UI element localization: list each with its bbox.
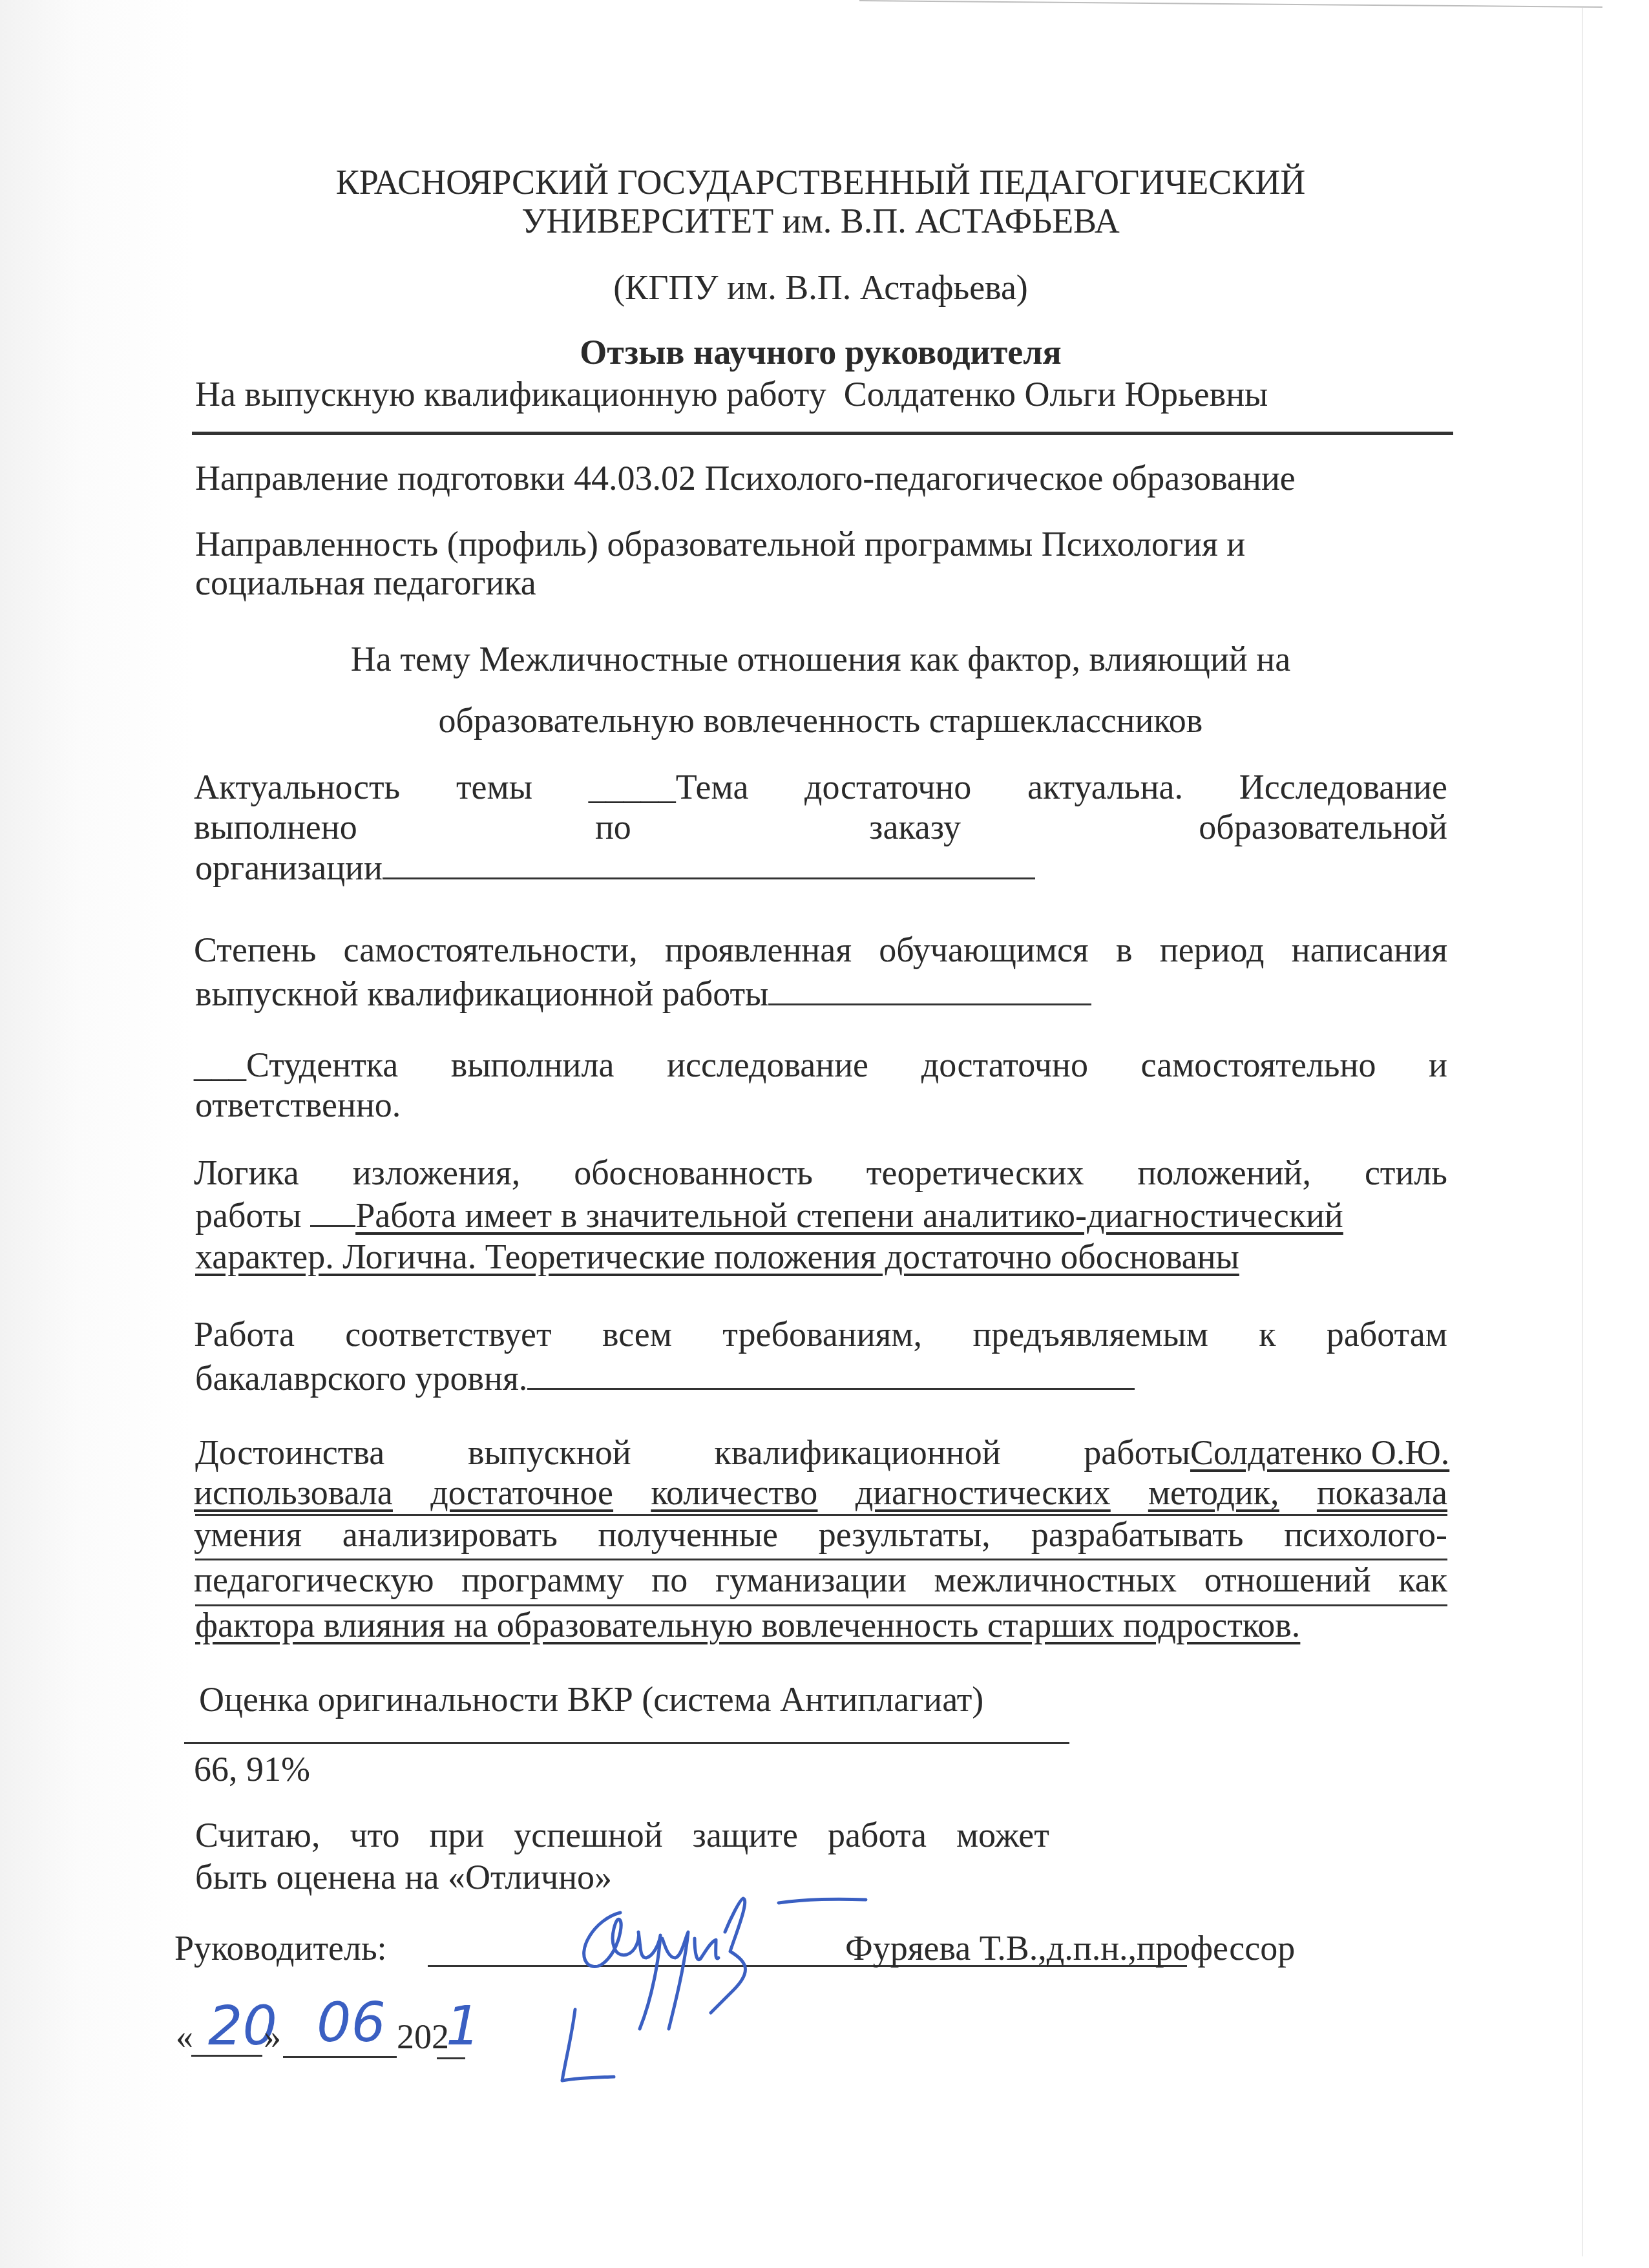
page-edge-right <box>1582 8 1583 2256</box>
relevance-line1: Актуальность темы _____Тема достаточно а… <box>194 768 1447 806</box>
relevance-line3: организации <box>195 846 1035 887</box>
date-year-prefix: 202 <box>397 2017 449 2056</box>
independence-line2: выпускной квалификационной работы <box>195 972 1091 1013</box>
blank-line <box>383 846 1035 879</box>
merits-answer-line1: использовала достаточное количество диаг… <box>194 1473 1447 1512</box>
university-name-line1: КРАСНОЯРСКИЙ ГОСУДАРСТВЕННЫЙ ПЕДАГОГИЧЕС… <box>194 163 1447 202</box>
conclusion-line2: быть оценена на «Отлично» <box>195 1858 612 1896</box>
topic-line2: образовательную вовлеченность старшеклас… <box>194 701 1447 740</box>
logic-line2: работы Работа имеет в значительной степе… <box>195 1195 1449 1235</box>
title-rule <box>192 432 1453 435</box>
page-edge-top <box>859 0 1602 8</box>
date-close-quote: » <box>264 2017 281 2056</box>
originality-value: 66, 91% <box>194 1750 310 1789</box>
student-name: Солдатенко Ольги Юрьевны <box>844 375 1268 414</box>
originality-rule <box>184 1742 1069 1744</box>
document-title: Отзыв научного руководителя <box>194 333 1447 372</box>
blank-line <box>527 1357 1135 1390</box>
profile-line2: социальная педагогика <box>195 563 536 602</box>
work-subject-line: На выпускную квалификационную работу Сол… <box>195 375 1268 414</box>
conclusion-line1: Считаю, что при успешной защите работа м… <box>195 1816 1049 1854</box>
date-year-suffix: 1 <box>446 1997 480 2055</box>
date-open-quote: « <box>176 2017 193 2056</box>
independence-line1: Степень самостоятельности, проявленная о… <box>194 930 1447 969</box>
merits-answer-line4: фактора влияния на образовательную вовле… <box>195 1606 1300 1644</box>
year-rule <box>437 2057 465 2059</box>
compliance-line1: Работа соответствует всем требованиям, п… <box>194 1315 1447 1354</box>
university-abbreviation: (КГПУ им. В.П. Астафьева) <box>194 268 1447 307</box>
month-rule <box>283 2056 397 2058</box>
supervisor-label: Руководитель: <box>174 1929 387 1968</box>
merits-answer-line3: педагогическую программу по гуманизации … <box>194 1560 1447 1599</box>
work-label: На выпускную квалификационную работу <box>195 375 826 414</box>
training-direction: Направление подготовки 44.03.02 Психолог… <box>195 459 1296 498</box>
compliance-line2: бакалаврского уровня. <box>195 1357 1135 1398</box>
blank-line <box>768 972 1091 1005</box>
originality-label: Оценка оригинальности ВКР (система Антип… <box>199 1680 983 1719</box>
university-name-line2: УНИВЕРСИТЕТ им. В.П. АСТАФЬЕВА <box>194 202 1447 240</box>
topic-line1: На тему Межличностные отношения как факт… <box>194 640 1447 678</box>
independence-answer-line2: ответственно. <box>195 1086 401 1124</box>
scan-shadow <box>0 0 194 2268</box>
logic-line1: Логика изложения, обоснованность теорети… <box>194 1153 1447 1192</box>
relevance-line2: выполнено по заказу образовательной <box>194 808 1447 846</box>
date-month: 06 <box>317 1993 386 2052</box>
profile-line1: Направленность (профиль) образовательной… <box>195 525 1245 563</box>
independence-answer-line1: ___Студентка выполнила исследование дост… <box>194 1045 1447 1084</box>
logic-answer: Работа имеет в значительной степени анал… <box>355 1196 1343 1235</box>
merits-line1: Достоинства выпускной квалификационной р… <box>195 1433 1449 1472</box>
handwritten-signature-icon <box>556 1893 918 2106</box>
merits-answer-line2: умения анализировать полученные результа… <box>194 1515 1447 1554</box>
logic-line3: характер. Логична. Теоретические положен… <box>195 1237 1239 1276</box>
merits-answer-start: Солдатенко О.Ю. <box>1190 1433 1449 1472</box>
